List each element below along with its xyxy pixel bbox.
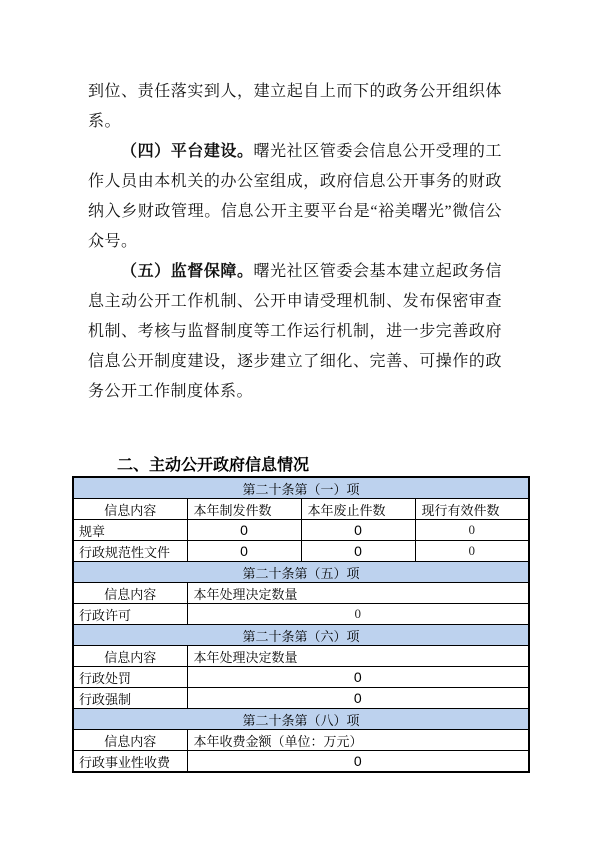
table-section-title: 第二十条第（一）项 [73, 477, 529, 499]
paragraph-continuation: 到位、责任落实到人，建立起自上而下的政务公开组织体系。 [88, 77, 502, 137]
table-header-row: 信息内容 本年处理决定数量 [73, 646, 529, 667]
cell-value: 0 [301, 520, 415, 541]
table-section-band: 第二十条第（一）项 [73, 477, 529, 499]
row-label: 行政强制 [73, 688, 187, 709]
table-row: 行政强制 0 [73, 688, 529, 709]
column-header-info-content: 信息内容 [73, 499, 187, 520]
row-label: 行政事业性收费 [73, 751, 187, 773]
cell-value: 0 [187, 667, 529, 688]
document-page: 到位、责任落实到人，建立起自上而下的政务公开组织体系。 （四）平台建设。曙光社区… [0, 0, 600, 848]
paragraph-text: 曙光社区管委会基本建立起政务信息主动公开工作机制、公开申请受理机制、发布保密审查… [88, 263, 502, 400]
cell-value: 0 [415, 541, 529, 562]
cell-value: 0 [187, 604, 529, 625]
column-header-decisions-this-year: 本年处理决定数量 [187, 583, 529, 604]
body-text: 到位、责任落实到人，建立起自上而下的政务公开组织体系。 （四）平台建设。曙光社区… [88, 77, 502, 407]
table-section-title: 第二十条第（八）项 [73, 709, 529, 730]
cell-value: 0 [187, 541, 301, 562]
row-label: 行政规范性文件 [73, 541, 187, 562]
table-section-title: 第二十条第（六）项 [73, 625, 529, 646]
table-header-row: 信息内容 本年制发件数 本年废止件数 现行有效件数 [73, 499, 529, 520]
column-header-info-content: 信息内容 [73, 646, 187, 667]
table-section-title: 第二十条第（五）项 [73, 562, 529, 583]
column-header-repealed-this-year: 本年废止件数 [301, 499, 415, 520]
disclosure-table: 第二十条第（一）项 信息内容 本年制发件数 本年废止件数 现行有效件数 规章 0… [72, 476, 530, 773]
row-label: 规章 [73, 520, 187, 541]
paragraph-supervision-guarantee: （五）监督保障。曙光社区管委会基本建立起政务信息主动公开工作机制、公开申请受理机… [88, 257, 502, 407]
table-row: 行政处罚 0 [73, 667, 529, 688]
cell-value: 0 [301, 541, 415, 562]
paragraph-platform-construction: （四）平台建设。曙光社区管委会信息公开受理的工作人员由本机关的办公室组成，政府信… [88, 137, 502, 257]
section-heading: 二、主动公开政府信息情况 [117, 455, 309, 476]
column-header-info-content: 信息内容 [73, 583, 187, 604]
column-header-issued-this-year: 本年制发件数 [187, 499, 301, 520]
table-section-band: 第二十条第（六）项 [73, 625, 529, 646]
table-header-row: 信息内容 本年处理决定数量 [73, 583, 529, 604]
row-label: 行政许可 [73, 604, 187, 625]
cell-value: 0 [415, 520, 529, 541]
column-header-currently-effective: 现行有效件数 [415, 499, 529, 520]
column-header-fees-collected: 本年收费金额（单位：万元） [187, 730, 529, 751]
paragraph-lead-bold: （五）监督保障。 [121, 263, 254, 280]
table-row: 行政事业性收费 0 [73, 751, 529, 773]
table-row: 规章 0 0 0 [73, 520, 529, 541]
table-section-band: 第二十条第（五）项 [73, 562, 529, 583]
table-header-row: 信息内容 本年收费金额（单位：万元） [73, 730, 529, 751]
table-section-band: 第二十条第（八）项 [73, 709, 529, 730]
paragraph-lead-bold: （四）平台建设。 [121, 143, 254, 160]
table-row: 行政规范性文件 0 0 0 [73, 541, 529, 562]
row-label: 行政处罚 [73, 667, 187, 688]
cell-value: 0 [187, 688, 529, 709]
table-row: 行政许可 0 [73, 604, 529, 625]
cell-value: 0 [187, 751, 529, 773]
column-header-decisions-this-year: 本年处理决定数量 [187, 646, 529, 667]
paragraph-text: 到位、责任落实到人，建立起自上而下的政务公开组织体系。 [88, 83, 502, 130]
column-header-info-content: 信息内容 [73, 730, 187, 751]
cell-value: 0 [187, 520, 301, 541]
